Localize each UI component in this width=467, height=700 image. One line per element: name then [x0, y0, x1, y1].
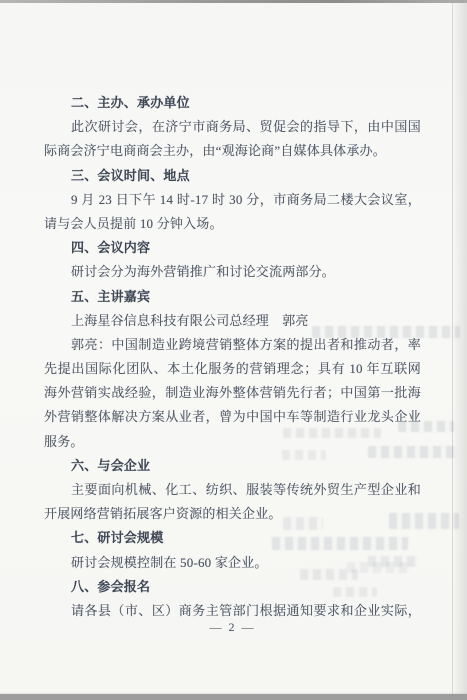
bleed-through-artifact — [389, 513, 459, 529]
bleed-through-artifact — [347, 562, 411, 573]
heading-keynote-speaker: 五、主讲嘉宾 — [44, 285, 421, 309]
scan-edge-top — [0, 0, 467, 3]
paragraph-line: 此次研讨会，在济宁市商务局、贸促会的指导下，由中国国 — [44, 115, 421, 139]
paragraph-line: 际商会济宁电商商会主办，由“观海论商”自媒体具体承办。 — [44, 139, 421, 163]
bleed-through-artifact — [282, 450, 326, 460]
paragraph-line: 先提出国际化团队、本土化服务的营销理念；具有 10 年互联网 — [44, 357, 421, 381]
paragraph-line: 主要面向机械、化工、纺织、服装等传统外贸生产型企业和 — [44, 478, 421, 502]
paragraph-line: 海外营销实战经验，制造业海外整体营销先行者；中国第一批海 — [44, 381, 421, 405]
bleed-through-artifact — [283, 517, 323, 530]
paragraph-line: 开展网络营销拓展客户资源的相关企业。 — [44, 502, 421, 526]
bleed-through-artifact — [398, 421, 454, 432]
scanned-document-page: 二、主办、承办单位 此次研讨会，在济宁市商务局、贸促会的指导下，由中国国 际商会… — [0, 0, 467, 700]
paragraph-line: 研讨会分为海外营销推广和讨论交流两部分。 — [44, 260, 421, 284]
bleed-through-artifact — [312, 326, 460, 338]
heading-time-location: 三、会议时间、地点 — [44, 164, 421, 188]
heading-organizers: 二、主办、承办单位 — [44, 91, 421, 115]
scan-edge-bottom — [0, 694, 467, 700]
bleed-through-artifact — [333, 587, 377, 597]
paragraph-line: 9 月 23 日下午 14 时-17 时 30 分，市商务局二楼大会议室， — [44, 188, 421, 212]
page-edge-shadow — [452, 3, 467, 694]
heading-agenda: 四、会议内容 — [44, 236, 421, 260]
page-number: — 2 — — [44, 617, 421, 637]
bleed-through-artifact — [283, 428, 381, 438]
bleed-through-artifact — [272, 537, 408, 550]
paragraph-line: 外营销整体解决方案从业者，曾为中国中车等制造行业龙头企业 — [44, 405, 421, 429]
paragraph-line: 请与会人员提前 10 分钟入场。 — [44, 212, 421, 236]
bleed-through-artifact — [368, 446, 458, 458]
heading-attending-companies: 六、与会企业 — [44, 454, 421, 478]
